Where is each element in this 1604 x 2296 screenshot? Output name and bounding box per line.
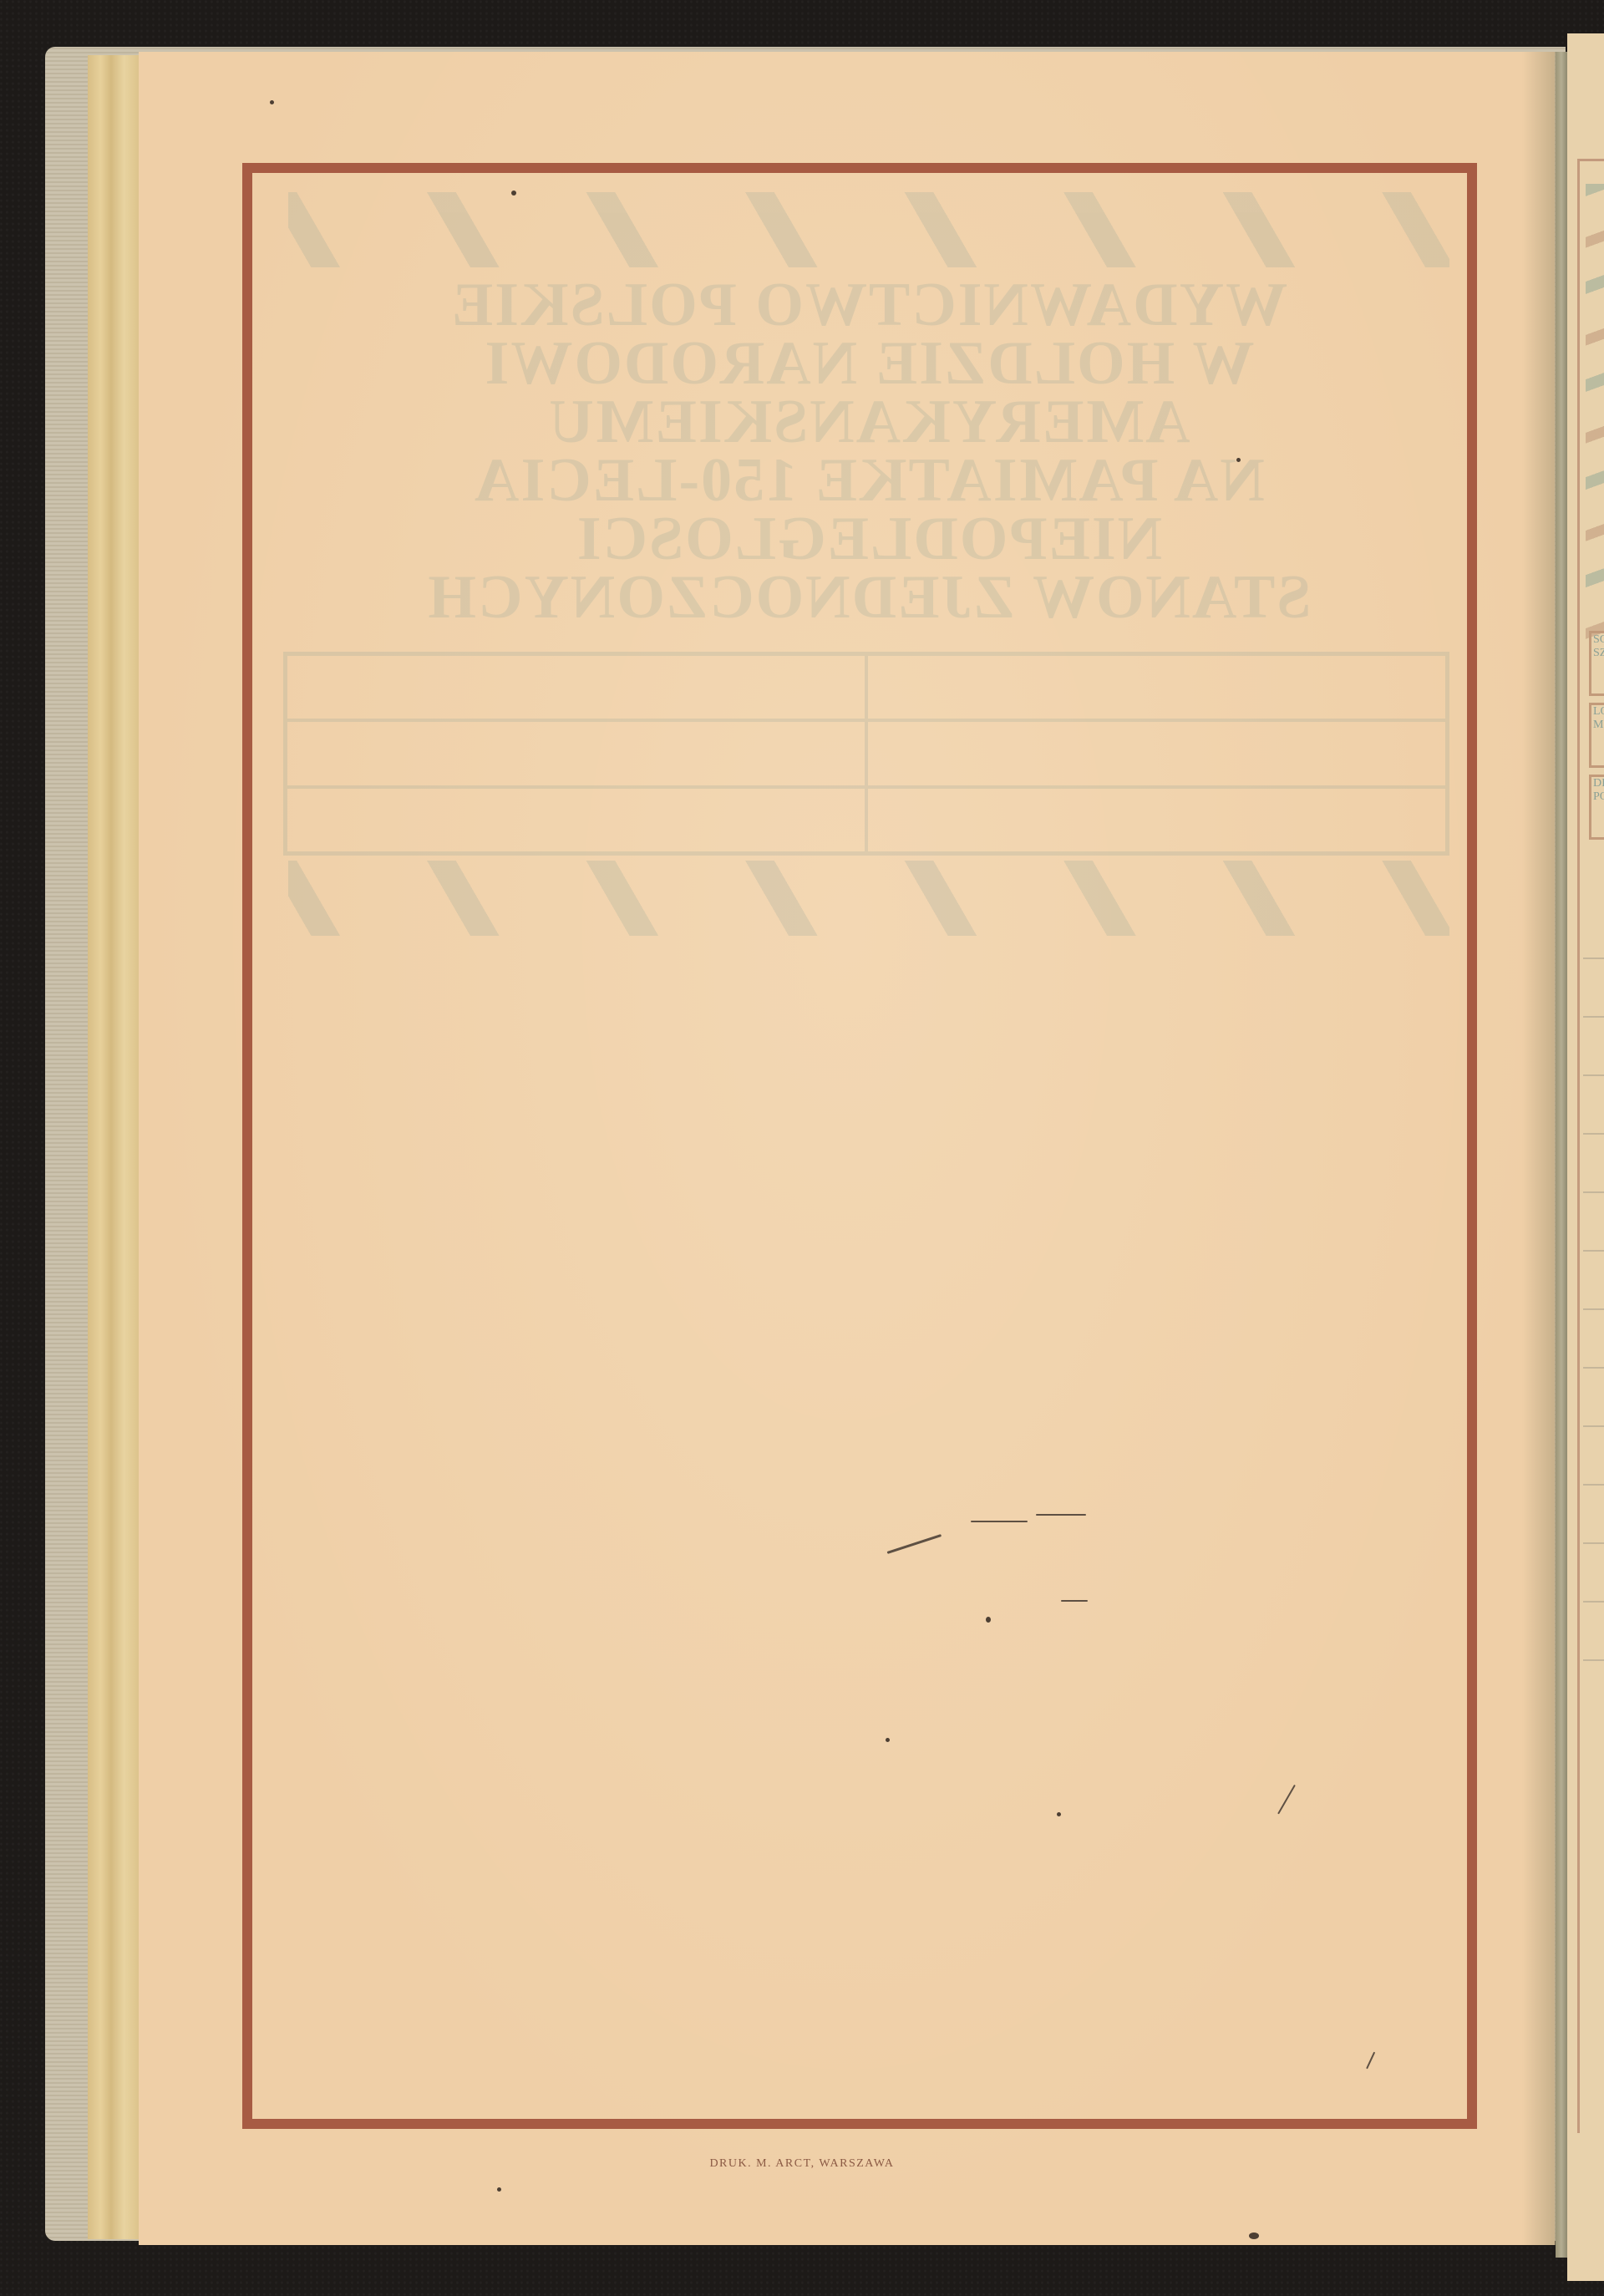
paper-speck [1057,1812,1061,1816]
spine-edge [1556,52,1567,2258]
paper-speck [1249,2233,1259,2239]
paper-speck [1236,458,1241,462]
paper-speck [886,1738,890,1742]
facing-page-ornament [1586,184,1604,652]
page-edges [88,55,140,2239]
facing-page-handwriting [1583,919,1604,1671]
paper-scratch [1061,1600,1088,1602]
paper-speck [986,1617,991,1623]
facing-box: LO MI [1589,703,1604,768]
paper-speck [270,100,274,104]
paper-speck [497,2187,501,2192]
facing-box: DI PO [1589,775,1604,840]
paper-speck [511,190,516,196]
facing-box: SCH SZK [1589,631,1604,696]
decorative-frame [242,163,1477,2129]
printer-imprint: DRUK. M. ARCT, WARSZAWA [0,2157,1604,2171]
gutter-shadow [1522,52,1556,2245]
paper-scratch [1036,1514,1086,1516]
facing-page-boxes: SCH SZK LO MI DI PO [1589,631,1604,846]
paper-scratch [971,1521,1028,1522]
